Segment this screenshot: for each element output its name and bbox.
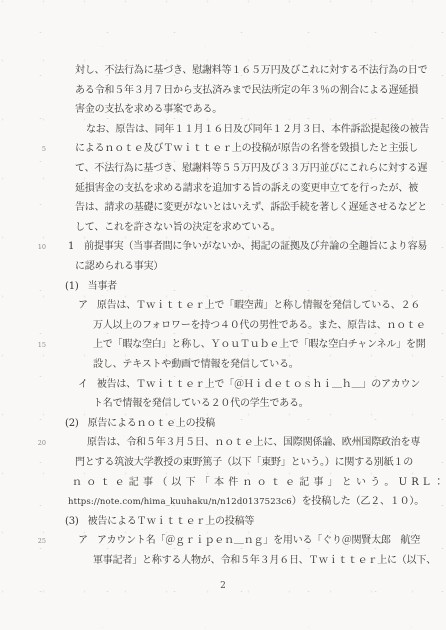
text-line: なお、原告は、同年１１月１６日及び同年１２月３日、本件訴訟提起後の被告 — [86, 123, 429, 137]
item-marker: (1) — [65, 280, 79, 294]
text-line: 上で「暇な空白」と称し、ＹｏｕＴｕｂｅ上で「暇な空白チャンネル」を開 — [93, 338, 426, 352]
text-line: イ被告は、Ｔｗｉｔｔｅｒ上で「＠Ｈｉｄｅｔｏｓｈｉ＿ｈ＿」のアカウン — [78, 378, 420, 392]
text-line: アアカウント名「＠ｇｒｉｐｅｎ＿ｎｇ」を用いる「ぐり＠関賢太郎 航空 — [78, 534, 420, 548]
text-line: て、不法行為に基づき、慰謝料等５５万円及び３３万円並びにこれらに対する遅 — [75, 162, 427, 176]
margin-line-number: 10 — [30, 243, 46, 251]
item-marker: ア — [78, 299, 88, 313]
margin-line-number: 20 — [30, 439, 46, 447]
text-segment: https://note.com/hima_kuuhaku/n/n12d0137… — [68, 497, 292, 507]
line-text: ある令和５年３月７日から支払済みまで民法所定の年３％の割合による遅延損 — [75, 85, 418, 96]
text-line: して、これを許さない旨の決定を求めている。 — [75, 221, 281, 235]
line-text: て、不法行為に基づき、慰謝料等５５万円及び３３万円並びにこれらに対する遅 — [75, 163, 427, 174]
text-line: ある令和５年３月７日から支払済みまで民法所定の年３％の割合による遅延損 — [75, 84, 418, 98]
text-line: (1)当事者 — [65, 280, 117, 294]
line-text: 延損害金の支払を求める請求を追加する旨の訴えの変更申立てを行ったが、被 — [75, 183, 418, 194]
line-text: 上で「暇な空白」と称し、ＹｏｕＴｕｂｅ上で「暇な空白チャンネル」を開 — [93, 339, 426, 350]
line-text: 万人以上のフォロワーを持つ４０代の男性である。また、原告は、ｎｏｔｅ — [93, 320, 426, 331]
line-text: に認められる事実） — [75, 261, 163, 272]
text-line: 設し、テキストや動画で情報を発信している。 — [93, 358, 299, 372]
text-line: 1前提事実（当事者間に争いがないか、掲記の証拠及び弁論の全趣旨により容易 — [68, 240, 427, 254]
text-line: 延損害金の支払を求める請求を追加する旨の訴えの変更申立てを行ったが、被 — [75, 182, 418, 196]
text-line: ト名で情報を発信している２０代の学生である。 — [93, 397, 309, 411]
item-marker: (3) — [65, 515, 79, 529]
text-layer: 対し、不法行為に基づき、慰謝料等１６５万円及びこれに対する不法行為の日である令和… — [0, 0, 446, 630]
text-line: 告は、請求の基礎に変更がないとはいえず、訴訟手続を著しく遅延させるなどと — [75, 201, 427, 215]
line-text: 原告は、Ｔｗｉｔｔｅｒ上で「暇空茜」と称し情報を発信している、２６ — [97, 300, 420, 311]
item-marker: 1 — [68, 240, 74, 254]
text-line: によるｎｏｔｅ及びＴｗｉｔｔｅｒ上の投稿が原告の名誉を毀損したと主張し — [75, 142, 418, 156]
line-text: なお、原告は、同年１１月１６日及び同年１２月３日、本件訴訟提起後の被告 — [86, 124, 429, 135]
text-segment: ）を投稿した（乙２、１０）。 — [292, 496, 424, 507]
line-text: 被告は、Ｔｗｉｔｔｅｒ上で「＠Ｈｉｄｅｔｏｓｈｉ＿ｈ＿」のアカウン — [97, 379, 420, 390]
margin-line-number: 5 — [30, 145, 46, 153]
line-text: 告は、請求の基礎に変更がないとはいえず、訴訟手続を著しく遅延させるなどと — [75, 202, 427, 213]
text-line: ｎｏｔｅ記事（以下「本件ｎｏｔｅ記事」という。URL： — [72, 476, 446, 490]
margin-line-number: 15 — [30, 341, 46, 349]
page-number: 2 — [0, 581, 446, 591]
line-text: 門とする筑波大学教授の東野篤子（以下「東野」という。）に関する別紙１の — [75, 457, 413, 468]
line-text: して、これを許さない旨の決定を求めている。 — [75, 222, 281, 233]
text-line: に認められる事実） — [75, 260, 163, 274]
margin-line-number: 25 — [30, 537, 46, 545]
text-line: (3)被告によるＴｗｉｔｔｅｒ上の投稿等 — [65, 515, 254, 529]
text-line: 原告は、令和５年３月５日、ｎｏｔｅ上に、国際関係論、欧州国際政治を専 — [87, 436, 420, 450]
item-marker: ア — [78, 534, 88, 548]
text-line: 万人以上のフォロワーを持つ４０代の男性である。また、原告は、ｎｏｔｅ — [93, 319, 426, 333]
line-text: 原告によるｎｏｔｅ上の投稿 — [88, 418, 215, 429]
text-line: 門とする筑波大学教授の東野篤子（以下「東野」という。）に関する別紙１の — [75, 456, 413, 470]
document-page: 対し、不法行為に基づき、慰謝料等１６５万円及びこれに対する不法行為の日である令和… — [0, 0, 446, 630]
line-text: によるｎｏｔｅ及びＴｗｉｔｔｅｒ上の投稿が原告の名誉を毀損したと主張し — [75, 143, 418, 154]
line-text: 前提事実（当事者間に争いがないか、掲記の証拠及び弁論の全趣旨により容易 — [84, 241, 427, 252]
text-line: https://note.com/hima_kuuhaku/n/n12d0137… — [68, 495, 424, 509]
line-text: 原告は、令和５年３月５日、ｎｏｔｅ上に、国際関係論、欧州国際政治を専 — [87, 437, 420, 448]
line-text: ｎｏｔｅ記事（以下「本件ｎｏｔｅ記事」という。URL： — [72, 477, 446, 488]
text-line: 対し、不法行為に基づき、慰謝料等１６５万円及びこれに対する不法行為の日で — [75, 64, 427, 78]
text-line: ア原告は、Ｔｗｉｔｔｅｒ上で「暇空茜」と称し情報を発信している、２６ — [78, 299, 420, 313]
line-text: 害金の支払を求める事案である。 — [75, 104, 222, 115]
text-line: 害金の支払を求める事案である。 — [75, 103, 222, 117]
line-text: アカウント名「＠ｇｒｉｐｅｎ＿ｎｇ」を用いる「ぐり＠関賢太郎 航空 — [97, 535, 420, 546]
item-marker: イ — [78, 378, 88, 392]
line-text: 対し、不法行為に基づき、慰謝料等１６５万円及びこれに対する不法行為の日で — [75, 65, 427, 76]
line-text: 設し、テキストや動画で情報を発信している。 — [93, 359, 299, 370]
line-text: 当事者 — [88, 281, 117, 292]
item-marker: (2) — [65, 417, 79, 431]
text-line: (2)原告によるｎｏｔｅ上の投稿 — [65, 417, 215, 431]
line-text: 被告によるＴｗｉｔｔｅｒ上の投稿等 — [88, 516, 255, 527]
line-text: 軍事記者」と称する人物が、令和５年３月６日、Ｔｗｉｔｔｅｒ上に（以下、 — [93, 555, 436, 566]
text-line: 軍事記者」と称する人物が、令和５年３月６日、Ｔｗｉｔｔｅｒ上に（以下、 — [93, 554, 436, 568]
line-text: ト名で情報を発信している２０代の学生である。 — [93, 398, 309, 409]
